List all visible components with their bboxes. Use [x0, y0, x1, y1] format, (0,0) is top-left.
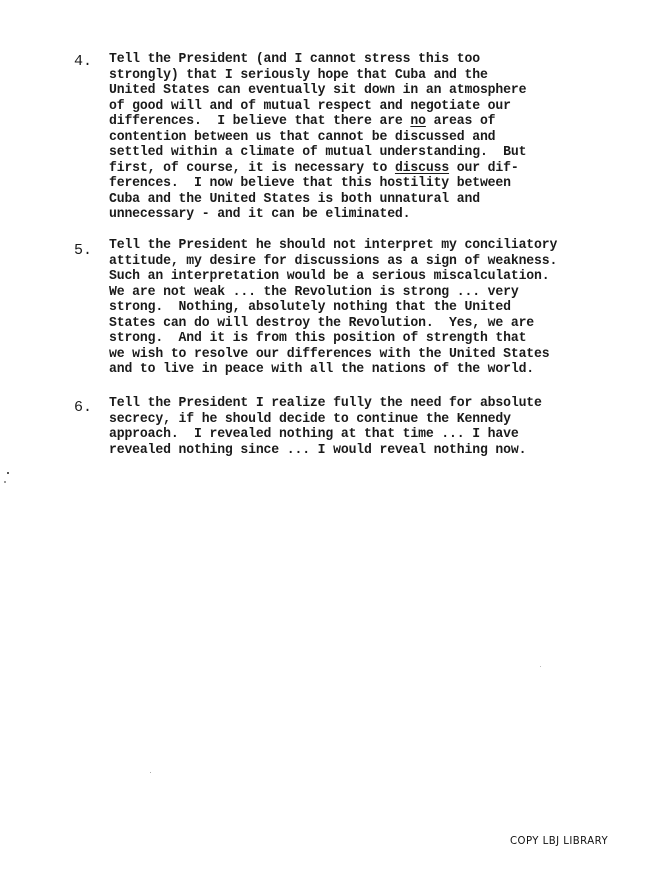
- text-line: United States can eventually sit down in…: [109, 83, 619, 99]
- text-line: secrecy, if he should decide to continue…: [109, 412, 619, 428]
- text-line: contention between us that cannot be dis…: [109, 130, 619, 146]
- text-line: Such an interpretation would be a seriou…: [109, 269, 619, 285]
- paragraph-body: Tell the President I realize fully the n…: [109, 396, 629, 458]
- text-line: and to live in peace with all the nation…: [109, 362, 619, 378]
- text-line: unnecessary - and it can be eliminated.: [109, 207, 619, 223]
- text-line: ferences. I now believe that this hostil…: [109, 176, 619, 192]
- text-line: strong. Nothing, absolutely nothing that…: [109, 300, 619, 316]
- document-page: 4. Tell the President (and I cannot stre…: [0, 0, 651, 878]
- text-line: of good will and of mutual respect and n…: [109, 99, 619, 115]
- text-line: attitude, my desire for discussions as a…: [109, 254, 619, 270]
- text-line: strongly) that I seriously hope that Cub…: [109, 68, 619, 84]
- underlined-word: discuss: [395, 161, 449, 176]
- paragraph-body: Tell the President he should not interpr…: [109, 238, 629, 378]
- text-line: Cuba and the United States is both unnat…: [109, 192, 619, 208]
- text-line: settled within a climate of mutual under…: [109, 145, 619, 161]
- scan-speck: [540, 666, 541, 667]
- text-line: first, of course, it is necessary to dis…: [109, 161, 619, 177]
- text-line: Tell the President (and I cannot stress …: [109, 52, 619, 68]
- text-line: States can do will destroy the Revolutio…: [109, 316, 619, 332]
- paragraph-number: 5.: [74, 243, 92, 259]
- text-line: strong. And it is from this position of …: [109, 331, 619, 347]
- scan-speck: [7, 472, 9, 474]
- underlined-word: no: [410, 114, 425, 129]
- text-line: Tell the President he should not interpr…: [109, 238, 619, 254]
- paragraph-body: Tell the President (and I cannot stress …: [109, 52, 629, 223]
- scan-speck: [4, 481, 6, 483]
- text-line: revealed nothing since ... I would revea…: [109, 443, 619, 459]
- text-line: We are not weak ... the Revolution is st…: [109, 285, 619, 301]
- text-line: approach. I revealed nothing at that tim…: [109, 427, 619, 443]
- library-stamp: COPY LBJ LIBRARY: [510, 834, 608, 847]
- text-line: we wish to resolve our differences with …: [109, 347, 619, 363]
- text-line: differences. I believe that there are no…: [109, 114, 619, 130]
- paragraph-number: 4.: [74, 54, 92, 70]
- scan-speck: [150, 772, 151, 773]
- text-line: Tell the President I realize fully the n…: [109, 396, 619, 412]
- paragraph-number: 6.: [74, 400, 92, 416]
